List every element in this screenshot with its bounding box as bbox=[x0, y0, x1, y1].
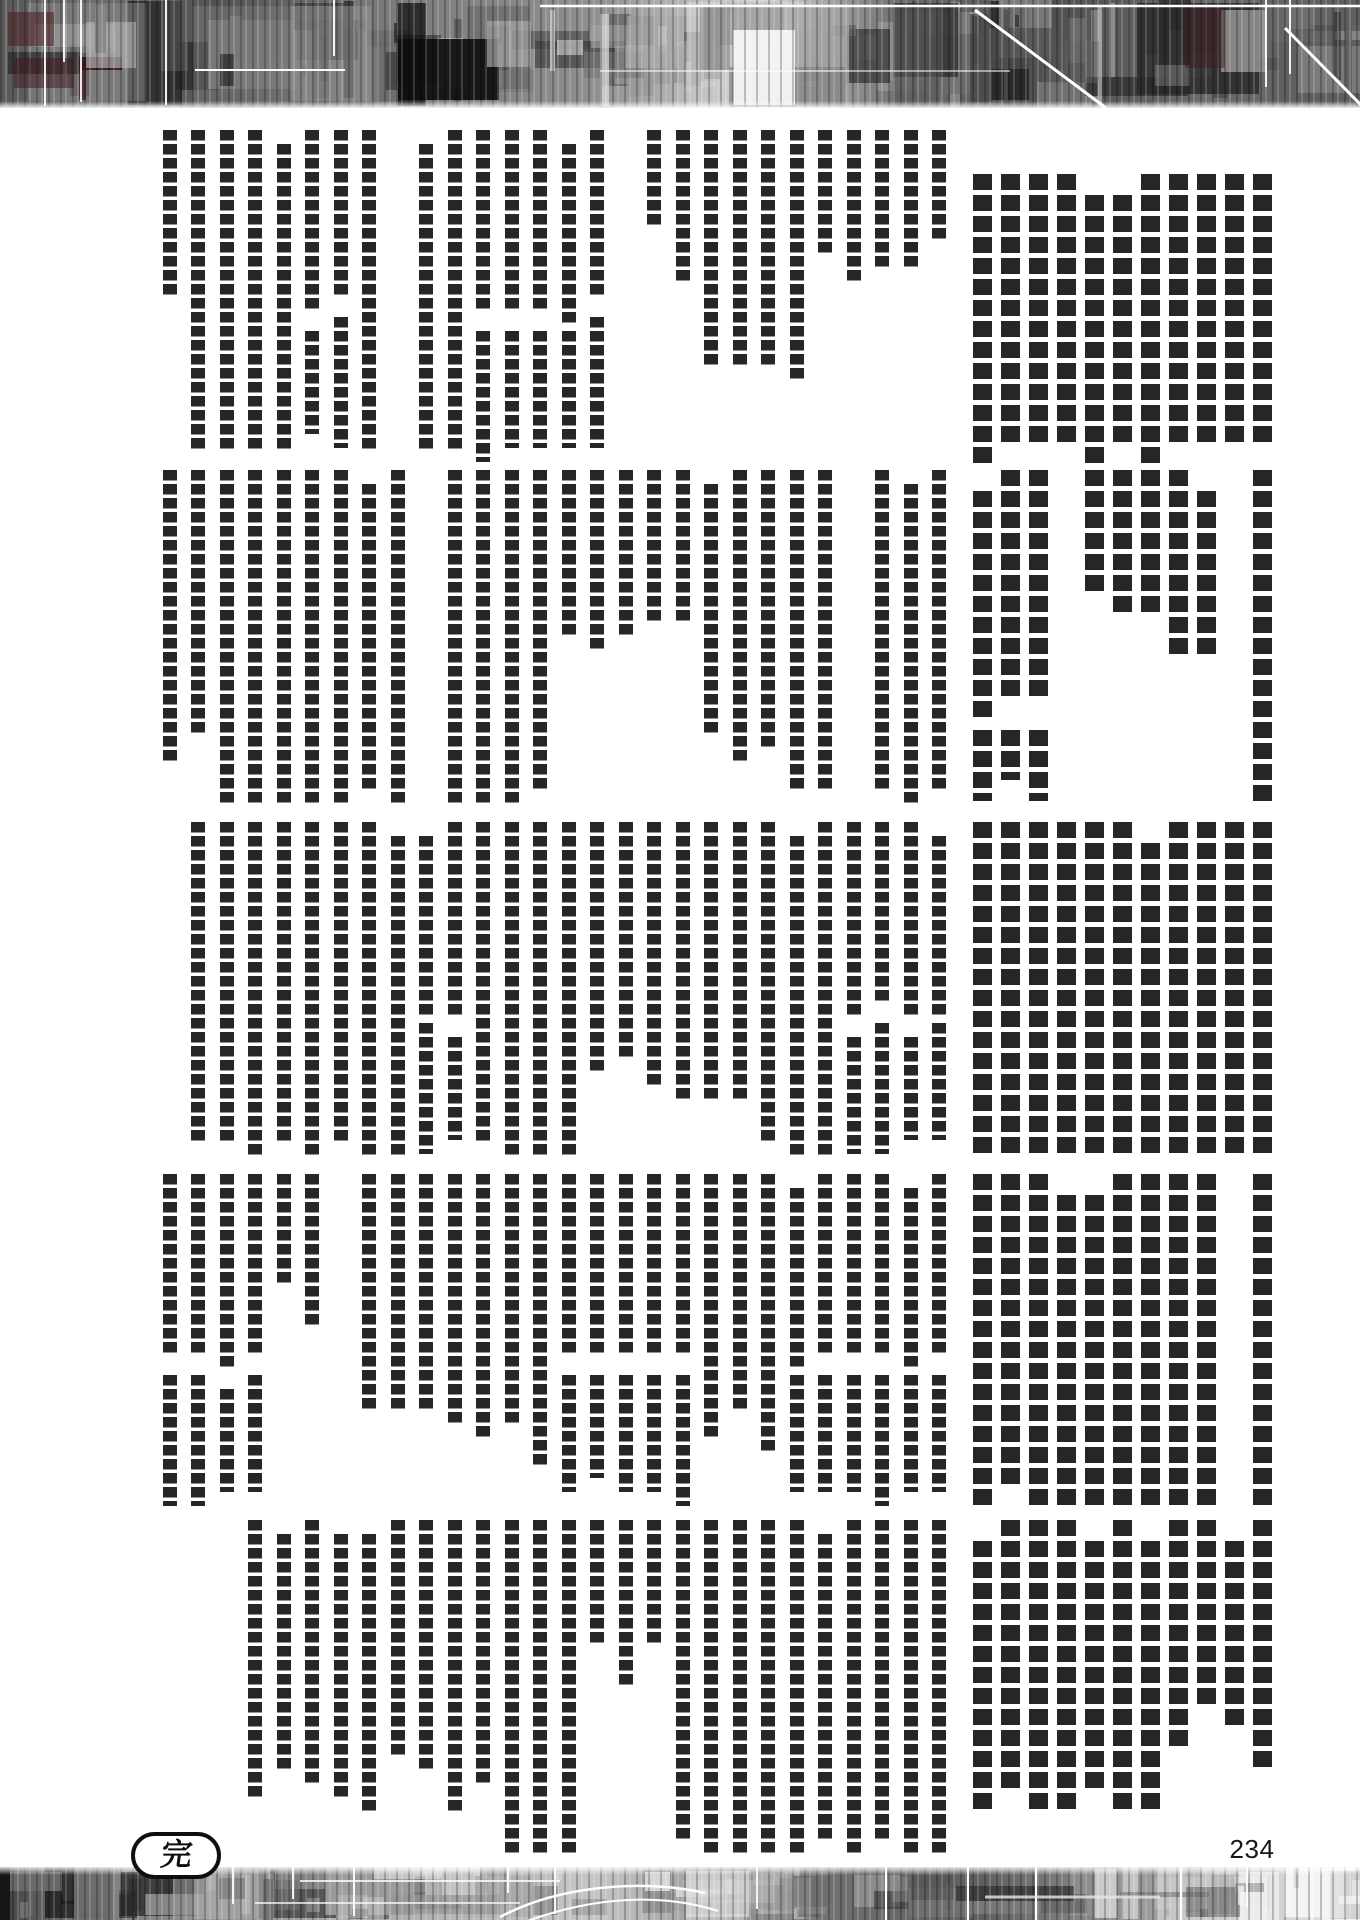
redacted-text-column bbox=[419, 130, 433, 462]
redacted-glyph-run bbox=[1169, 822, 1188, 1153]
redacted-text-column bbox=[505, 1520, 519, 1858]
redacted-glyph-run bbox=[277, 822, 291, 1141]
redacted-text-column bbox=[647, 822, 661, 1160]
redacted-glyph-run bbox=[1029, 470, 1048, 696]
redacted-glyph-run bbox=[647, 1520, 661, 1643]
redacted-glyph-run bbox=[676, 130, 690, 281]
redacted-glyph-run bbox=[334, 317, 348, 449]
redacted-glyph-run bbox=[562, 331, 576, 449]
redacted-glyph-run bbox=[220, 822, 234, 1141]
redacted-text-column bbox=[647, 1174, 661, 1512]
redacted-glyph-run bbox=[818, 1375, 832, 1493]
redacted-glyph-run bbox=[1197, 491, 1216, 654]
redacted-glyph-run bbox=[1085, 1541, 1104, 1788]
redacted-glyph-run bbox=[1085, 1195, 1104, 1505]
redacted-text-column bbox=[818, 130, 832, 462]
redacted-glyph-run bbox=[647, 1174, 661, 1353]
redacted-glyph-run bbox=[847, 1375, 861, 1493]
redacted-text-column bbox=[590, 1174, 604, 1512]
redacted-glyph-run bbox=[248, 1520, 262, 1797]
redacted-text-column bbox=[847, 1520, 861, 1858]
redacted-glyph-run bbox=[248, 1375, 262, 1493]
redacted-text-column bbox=[533, 1174, 547, 1512]
redacted-text-column bbox=[1197, 1174, 1216, 1512]
redacted-glyph-run bbox=[191, 130, 205, 449]
redacted-glyph-run bbox=[761, 470, 775, 747]
redacted-text-column bbox=[904, 1520, 918, 1858]
redacted-text-column bbox=[1029, 1520, 1048, 1810]
redacted-text-column bbox=[761, 130, 775, 462]
redacted-text-column bbox=[790, 470, 804, 808]
redacted-glyph-run bbox=[476, 822, 490, 1141]
redacted-text-column bbox=[1001, 1174, 1020, 1512]
redacted-text-column bbox=[1029, 470, 1048, 808]
redacted-text-column bbox=[562, 1174, 576, 1512]
redacted-text-column bbox=[562, 130, 576, 462]
redacted-glyph-run bbox=[619, 470, 633, 635]
redacted-text-column bbox=[1253, 470, 1272, 808]
redacted-glyph-run bbox=[590, 130, 604, 295]
redacted-text-column bbox=[277, 1174, 291, 1512]
redacted-glyph-run bbox=[1001, 470, 1020, 696]
redacted-text-column bbox=[875, 1520, 889, 1858]
redacted-text-column bbox=[619, 1520, 633, 1858]
redacted-glyph-run bbox=[1253, 470, 1272, 801]
redacted-glyph-run bbox=[761, 822, 775, 1141]
redacted-glyph-run bbox=[647, 1375, 661, 1493]
redacted-glyph-run bbox=[562, 822, 576, 1155]
redacted-glyph-run bbox=[163, 1375, 177, 1507]
redacted-glyph-run bbox=[1197, 822, 1216, 1153]
redacted-text-column bbox=[1225, 1520, 1244, 1810]
redacted-text-column bbox=[448, 822, 462, 1160]
redacted-text-column bbox=[220, 470, 234, 808]
redacted-text-column bbox=[163, 1174, 177, 1512]
redacted-glyph-run bbox=[932, 1023, 946, 1141]
redacted-text-column bbox=[1085, 1174, 1104, 1512]
redacted-glyph-run bbox=[448, 130, 462, 449]
redacted-glyph-run bbox=[704, 822, 718, 1099]
redacted-text-column bbox=[562, 1520, 576, 1858]
redacted-text-column bbox=[533, 1520, 547, 1858]
redacted-glyph-run bbox=[1113, 195, 1132, 442]
redacted-glyph-run bbox=[1197, 1174, 1216, 1505]
redacted-text-column bbox=[761, 470, 775, 808]
redacted-text-column bbox=[305, 470, 319, 808]
redacted-glyph-run bbox=[305, 470, 319, 803]
redacted-glyph-run bbox=[191, 1375, 205, 1507]
redacted-glyph-run bbox=[1029, 1174, 1048, 1505]
redacted-text-column bbox=[1253, 1520, 1272, 1810]
redacted-glyph-run bbox=[305, 822, 319, 1155]
redacted-text-column bbox=[1253, 822, 1272, 1160]
redacted-glyph-run bbox=[391, 836, 405, 1155]
redacted-glyph-run bbox=[932, 470, 946, 789]
redacted-text-column bbox=[1029, 822, 1048, 1160]
redacted-glyph-run bbox=[1169, 470, 1188, 654]
redacted-glyph-run bbox=[505, 470, 519, 803]
redacted-text-column bbox=[847, 1174, 861, 1512]
redacted-text-column bbox=[448, 130, 462, 462]
redacted-glyph-run bbox=[163, 1174, 177, 1353]
redacted-glyph-run bbox=[248, 130, 262, 449]
redacted-glyph-run bbox=[904, 1375, 918, 1493]
redacted-text-column bbox=[1169, 822, 1188, 1160]
redacted-text-column bbox=[1253, 1174, 1272, 1512]
redacted-glyph-run bbox=[533, 822, 547, 1155]
redacted-text-column bbox=[818, 1520, 832, 1858]
redacted-glyph-run bbox=[1141, 1541, 1160, 1809]
end-mark-badge: 完 bbox=[131, 1832, 221, 1879]
redacted-glyph-run bbox=[590, 822, 604, 1071]
redacted-glyph-run bbox=[590, 470, 604, 649]
redacted-text-column bbox=[1197, 822, 1216, 1160]
redacted-text-column bbox=[1057, 1520, 1076, 1810]
redacted-glyph-run bbox=[1253, 1174, 1272, 1505]
redacted-glyph-run bbox=[1169, 174, 1188, 442]
redacted-text-column bbox=[533, 822, 547, 1160]
redacted-text-column bbox=[448, 1520, 462, 1858]
redacted-text-column bbox=[562, 822, 576, 1160]
redacted-glyph-run bbox=[1001, 730, 1020, 780]
redacted-glyph-run bbox=[1085, 822, 1104, 1153]
redacted-glyph-run bbox=[733, 1174, 747, 1409]
redacted-glyph-run bbox=[1253, 822, 1272, 1153]
redacted-glyph-run bbox=[248, 822, 262, 1155]
redacted-text-column bbox=[904, 130, 918, 462]
redacted-glyph-run bbox=[1113, 1520, 1132, 1809]
redacted-glyph-run bbox=[1197, 174, 1216, 442]
redacted-glyph-run bbox=[334, 470, 348, 803]
redacted-text-column bbox=[932, 1520, 946, 1858]
redacted-text-column bbox=[704, 130, 718, 462]
redacted-text-column bbox=[419, 822, 433, 1160]
redacted-glyph-run bbox=[505, 822, 519, 1155]
redacted-glyph-run bbox=[220, 130, 234, 449]
redacted-glyph-run bbox=[647, 822, 661, 1085]
redacted-text-column bbox=[1113, 822, 1132, 1160]
redacted-text-column bbox=[1197, 470, 1216, 808]
redacted-text-column bbox=[1057, 822, 1076, 1160]
redacted-text-column bbox=[761, 1174, 775, 1512]
redacted-glyph-run bbox=[277, 1174, 291, 1283]
redacted-text-column bbox=[704, 470, 718, 808]
redacted-text-column bbox=[391, 1174, 405, 1512]
redacted-glyph-run bbox=[505, 130, 519, 309]
redacted-glyph-run bbox=[334, 130, 348, 295]
redacted-glyph-run bbox=[932, 130, 946, 239]
redacted-text-column bbox=[647, 130, 661, 462]
redacted-text-column bbox=[220, 822, 234, 1160]
redacted-text-column bbox=[1085, 822, 1104, 1160]
redacted-glyph-run bbox=[790, 1520, 804, 1853]
redacted-glyph-run bbox=[904, 822, 918, 1015]
redacted-text-column bbox=[932, 130, 946, 462]
redacted-text-column bbox=[676, 130, 690, 462]
redacted-glyph-run bbox=[362, 1534, 376, 1811]
redacted-glyph-run bbox=[220, 1389, 234, 1493]
redacted-glyph-run bbox=[590, 1375, 604, 1479]
redacted-text-column bbox=[1085, 1520, 1104, 1810]
redacted-glyph-run bbox=[973, 491, 992, 717]
redacted-glyph-run bbox=[505, 331, 519, 449]
redacted-glyph-run bbox=[932, 1375, 946, 1493]
redacted-text-column bbox=[191, 130, 205, 462]
redacted-text-column bbox=[733, 822, 747, 1160]
redacted-text-column bbox=[1113, 1174, 1132, 1512]
redacted-text-column bbox=[1113, 174, 1132, 462]
redacted-glyph-run bbox=[191, 1174, 205, 1353]
redacted-glyph-run bbox=[476, 1174, 490, 1437]
redacted-glyph-run bbox=[1001, 174, 1020, 442]
redacted-glyph-run bbox=[619, 822, 633, 1057]
redacted-text-column bbox=[305, 822, 319, 1160]
redacted-glyph-run bbox=[448, 822, 462, 1015]
redacted-text-column bbox=[248, 130, 262, 462]
redacted-text-column bbox=[391, 1520, 405, 1858]
redacted-text-column bbox=[619, 470, 633, 808]
redacted-glyph-run bbox=[248, 1174, 262, 1353]
redacted-text-column bbox=[875, 470, 889, 808]
redacted-text-column bbox=[733, 130, 747, 462]
redacted-glyph-run bbox=[847, 130, 861, 281]
redacted-glyph-run bbox=[448, 470, 462, 803]
redacted-text-column bbox=[505, 822, 519, 1160]
redacted-text-column bbox=[676, 470, 690, 808]
redacted-glyph-run bbox=[533, 1520, 547, 1853]
redacted-glyph-run bbox=[590, 1520, 604, 1643]
redacted-glyph-run bbox=[305, 331, 319, 435]
page-body-redacted-text-columns bbox=[0, 0, 1360, 1920]
redacted-text-column bbox=[1197, 174, 1216, 462]
redacted-glyph-run bbox=[419, 1023, 433, 1155]
redacted-text-column bbox=[676, 1174, 690, 1512]
redacted-glyph-run bbox=[476, 1520, 490, 1783]
redacted-text-column bbox=[1001, 470, 1020, 808]
redacted-text-column bbox=[590, 822, 604, 1160]
redacted-glyph-run bbox=[973, 730, 992, 801]
redacted-glyph-run bbox=[932, 1520, 946, 1853]
redacted-text-column bbox=[476, 470, 490, 808]
redacted-glyph-run bbox=[818, 822, 832, 1155]
redacted-glyph-run bbox=[533, 1174, 547, 1465]
redacted-glyph-run bbox=[1057, 1520, 1076, 1809]
redacted-glyph-run bbox=[362, 130, 376, 449]
redacted-glyph-run bbox=[1085, 470, 1104, 591]
redacted-glyph-run bbox=[590, 317, 604, 449]
redacted-text-column bbox=[448, 1174, 462, 1512]
redacted-glyph-run bbox=[1057, 822, 1076, 1153]
redacted-glyph-run bbox=[904, 1188, 918, 1367]
end-mark-glyph: 完 bbox=[158, 1840, 193, 1871]
novel-page: 完 234 bbox=[0, 0, 1360, 1920]
redacted-glyph-run bbox=[448, 1037, 462, 1141]
redacted-text-column bbox=[1169, 1174, 1188, 1512]
redacted-text-column bbox=[362, 470, 376, 808]
redacted-text-column bbox=[932, 470, 946, 808]
redacted-glyph-run bbox=[1001, 1174, 1020, 1484]
redacted-text-column bbox=[590, 1520, 604, 1858]
redacted-text-column bbox=[505, 1174, 519, 1512]
redacted-glyph-run bbox=[818, 470, 832, 789]
redacted-glyph-run bbox=[1057, 1195, 1076, 1505]
redacted-glyph-run bbox=[761, 1520, 775, 1853]
redacted-glyph-run bbox=[704, 1520, 718, 1853]
redacted-text-column bbox=[1141, 822, 1160, 1160]
redacted-text-column bbox=[1057, 174, 1076, 462]
redacted-glyph-run bbox=[419, 1520, 433, 1769]
redacted-glyph-run bbox=[1141, 1174, 1160, 1505]
redacted-text-column bbox=[1029, 174, 1048, 462]
redacted-text-column bbox=[973, 174, 992, 462]
redacted-glyph-run bbox=[562, 144, 576, 323]
redacted-text-column bbox=[1085, 470, 1104, 808]
redacted-text-column bbox=[1253, 174, 1272, 462]
redacted-text-column bbox=[676, 822, 690, 1160]
redacted-glyph-run bbox=[847, 822, 861, 1015]
redacted-glyph-run bbox=[419, 836, 433, 1015]
redacted-text-column bbox=[619, 822, 633, 1160]
redacted-text-column bbox=[533, 130, 547, 462]
redacted-text-column bbox=[1113, 1520, 1132, 1810]
redacted-glyph-run bbox=[1253, 174, 1272, 442]
redacted-text-column bbox=[904, 470, 918, 808]
redacted-text-column bbox=[220, 130, 234, 462]
redacted-text-column bbox=[305, 130, 319, 462]
redacted-glyph-run bbox=[790, 130, 804, 379]
redacted-glyph-run bbox=[562, 1174, 576, 1353]
redacted-glyph-run bbox=[904, 1520, 918, 1853]
redacted-glyph-run bbox=[1001, 822, 1020, 1153]
redacted-glyph-run bbox=[1113, 470, 1132, 612]
redacted-glyph-run bbox=[1029, 1520, 1048, 1809]
redacted-glyph-run bbox=[305, 1520, 319, 1783]
redacted-text-column bbox=[761, 1520, 775, 1858]
redacted-glyph-run bbox=[790, 470, 804, 789]
redacted-text-column bbox=[476, 822, 490, 1160]
redacted-glyph-run bbox=[647, 470, 661, 621]
redacted-glyph-run bbox=[904, 1037, 918, 1141]
redacted-glyph-run bbox=[733, 130, 747, 365]
redacted-text-column bbox=[704, 1174, 718, 1512]
redacted-glyph-run bbox=[875, 470, 889, 789]
redacted-glyph-run bbox=[476, 130, 490, 309]
redacted-glyph-run bbox=[1225, 822, 1244, 1153]
redacted-glyph-run bbox=[1141, 843, 1160, 1153]
redacted-glyph-run bbox=[248, 470, 262, 803]
redacted-glyph-run bbox=[790, 1188, 804, 1367]
redacted-glyph-run bbox=[1225, 1541, 1244, 1725]
redacted-glyph-run bbox=[1253, 1520, 1272, 1767]
redacted-text-column bbox=[334, 130, 348, 462]
redacted-glyph-run bbox=[1169, 1174, 1188, 1505]
redacted-glyph-run bbox=[448, 1174, 462, 1423]
redacted-glyph-run bbox=[448, 1520, 462, 1811]
redacted-text-column bbox=[818, 822, 832, 1160]
redacted-text-column bbox=[1113, 470, 1132, 808]
redacted-text-column bbox=[334, 470, 348, 808]
redacted-glyph-run bbox=[818, 130, 832, 253]
redacted-glyph-run bbox=[676, 1375, 690, 1507]
redacted-glyph-run bbox=[818, 1534, 832, 1839]
redacted-text-column bbox=[305, 1520, 319, 1858]
redacted-glyph-run bbox=[476, 331, 490, 463]
redacted-glyph-run bbox=[973, 1174, 992, 1505]
redacted-text-column bbox=[1141, 470, 1160, 808]
redacted-glyph-run bbox=[761, 130, 775, 365]
redacted-glyph-run bbox=[1085, 195, 1104, 463]
redacted-glyph-run bbox=[790, 836, 804, 1155]
redacted-glyph-run bbox=[733, 822, 747, 1099]
redacted-glyph-run bbox=[647, 130, 661, 225]
redacted-text-column bbox=[1197, 1520, 1216, 1810]
redacted-text-column bbox=[533, 470, 547, 808]
redacted-text-column bbox=[761, 822, 775, 1160]
page-number: 234 bbox=[1222, 1834, 1282, 1865]
redacted-text-column bbox=[362, 822, 376, 1160]
redacted-glyph-run bbox=[220, 470, 234, 803]
redacted-glyph-run bbox=[533, 331, 547, 449]
redacted-text-column bbox=[163, 470, 177, 808]
redacted-glyph-run bbox=[619, 1520, 633, 1685]
redacted-text-column bbox=[619, 1174, 633, 1512]
redacted-text-column bbox=[1029, 1174, 1048, 1512]
redacted-glyph-run bbox=[1113, 1174, 1132, 1505]
redacted-text-column bbox=[1169, 1520, 1188, 1810]
redacted-glyph-run bbox=[163, 470, 177, 761]
redacted-glyph-run bbox=[761, 1174, 775, 1451]
redacted-glyph-run bbox=[973, 174, 992, 463]
redacted-glyph-run bbox=[1029, 174, 1048, 442]
redacted-text-column bbox=[1169, 470, 1188, 808]
redacted-text-column bbox=[1085, 174, 1104, 462]
redacted-text-column bbox=[191, 822, 205, 1160]
redacted-text-column bbox=[875, 822, 889, 1160]
redacted-text-column bbox=[973, 1520, 992, 1810]
redacted-text-column bbox=[476, 130, 490, 462]
redacted-glyph-run bbox=[1141, 470, 1160, 612]
redacted-text-column bbox=[875, 130, 889, 462]
redacted-glyph-run bbox=[676, 1174, 690, 1353]
redacted-glyph-run bbox=[362, 822, 376, 1155]
redacted-glyph-run bbox=[1057, 174, 1076, 442]
redacted-glyph-run bbox=[875, 1375, 889, 1507]
redacted-glyph-run bbox=[676, 470, 690, 621]
redacted-text-column bbox=[419, 1174, 433, 1512]
redacted-text-column bbox=[875, 1174, 889, 1512]
redacted-text-column bbox=[818, 470, 832, 808]
redacted-text-column bbox=[647, 470, 661, 808]
redacted-glyph-run bbox=[391, 1520, 405, 1755]
redacted-glyph-run bbox=[847, 1174, 861, 1353]
redacted-glyph-run bbox=[704, 130, 718, 365]
redacted-glyph-run bbox=[191, 470, 205, 733]
redacted-text-column bbox=[277, 822, 291, 1160]
redacted-text-column bbox=[704, 1520, 718, 1858]
redacted-glyph-run bbox=[163, 130, 177, 295]
redacted-text-column bbox=[419, 1520, 433, 1858]
redacted-glyph-run bbox=[875, 1023, 889, 1155]
redacted-glyph-run bbox=[973, 822, 992, 1153]
redacted-glyph-run bbox=[704, 1174, 718, 1437]
redacted-glyph-run bbox=[818, 1174, 832, 1353]
redacted-text-column bbox=[932, 1174, 946, 1512]
redacted-glyph-run bbox=[191, 822, 205, 1141]
redacted-text-column bbox=[790, 1174, 804, 1512]
redacted-text-column bbox=[790, 822, 804, 1160]
redacted-glyph-run bbox=[676, 1520, 690, 1839]
redacted-text-column bbox=[733, 470, 747, 808]
